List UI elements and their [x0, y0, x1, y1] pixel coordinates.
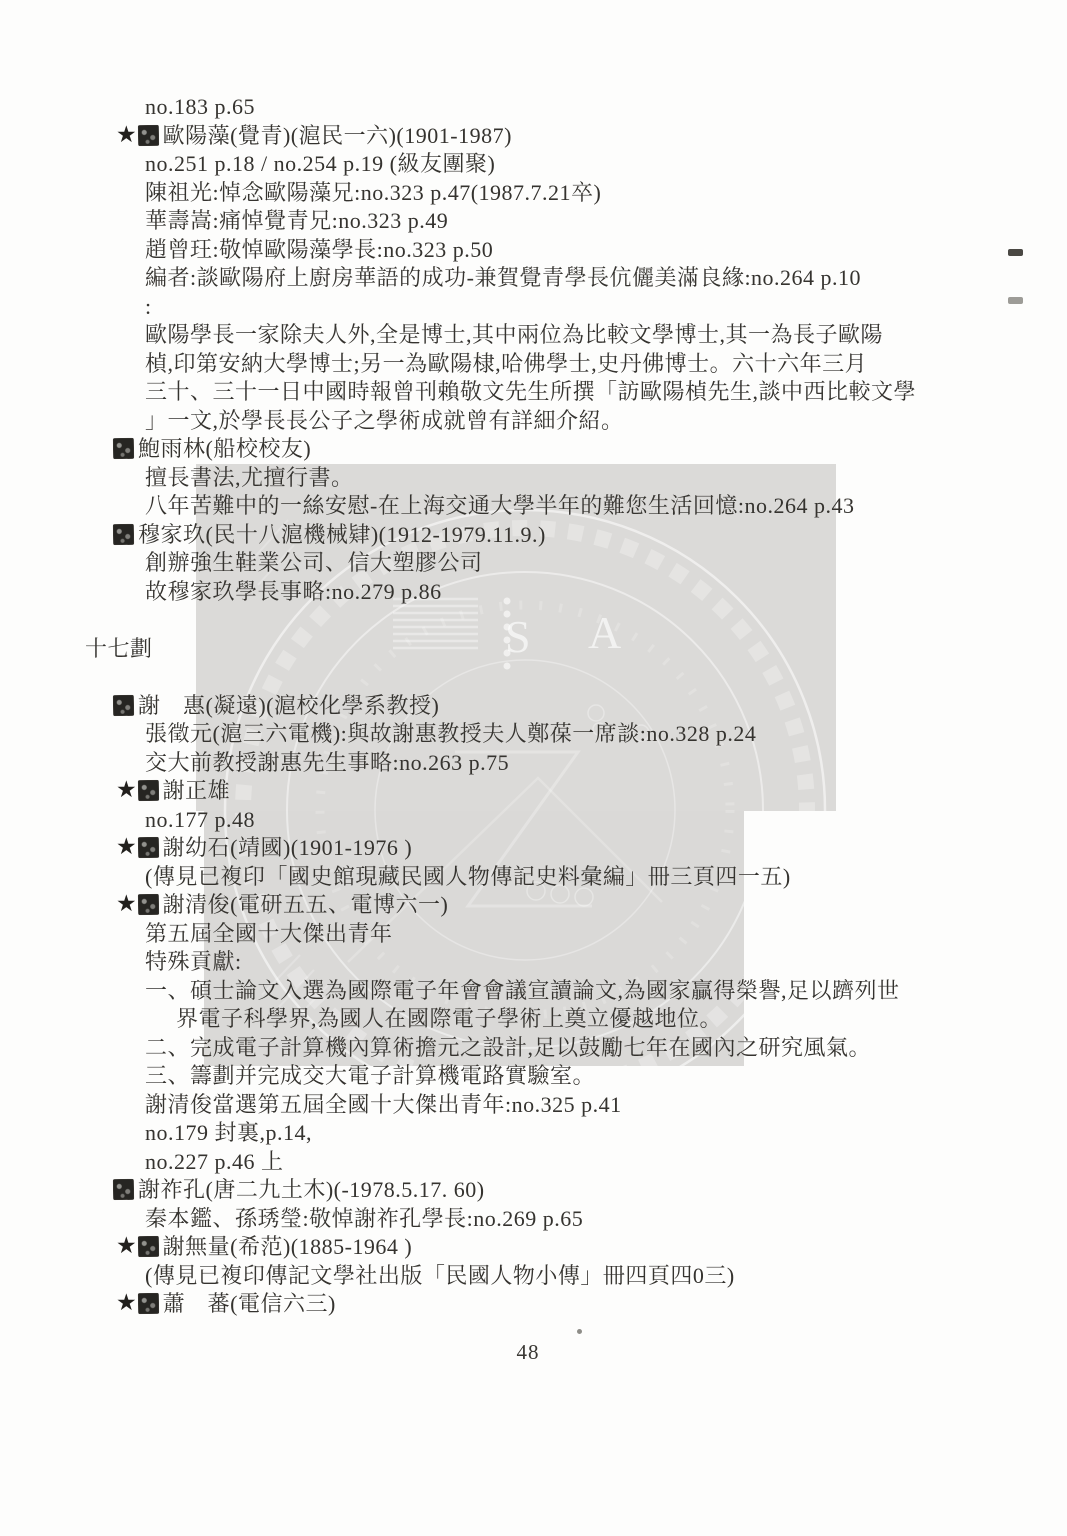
text-line: 界電子科學界,為國人在國際電子學術上奠立優越地位。	[0, 1005, 1067, 1034]
entry-text: 謝正雄	[163, 778, 231, 803]
text-column: no.183 p.65★歐陽藻(覺青)(滬民一六)(1901-1987)no.2…	[0, 93, 1067, 1319]
text-line: 三、籌劃并完成交大電子計算機電路實驗室。	[0, 1062, 1067, 1091]
text-line: 八年苦難中的一絲安慰-在上海交通大學半年的難您生活回憶:no.264 p.43	[0, 492, 1067, 521]
line-text: 八年苦難中的一絲安慰-在上海交通大學半年的難您生活回憶:no.264 p.43	[145, 493, 854, 518]
stamp-icon	[113, 523, 134, 544]
text-line: (傳見已複印傳記文學社出版「民國人物小傳」冊四頁四0三)	[0, 1262, 1067, 1291]
line-text: no.179 封裏,p.14,	[145, 1120, 312, 1145]
line-text: 界電子科學界,為國人在國際電子學術上奠立優越地位。	[176, 1006, 722, 1031]
text-line: 交大前教授謝惠先生事略:no.263 p.75	[0, 749, 1067, 778]
text-line: 張徵元(滬三六電機):與故謝惠教授夫人鄭葆一席談:no.328 p.24	[0, 720, 1067, 749]
stamp-icon	[137, 124, 158, 145]
section-heading-line: 十七劃	[0, 635, 1067, 664]
entry-text: 穆家玖(民十八滬機械肄)(1912-1979.11.9.)	[138, 522, 546, 547]
line-text: 故穆家玖學長事略:no.279 p.86	[145, 579, 442, 604]
line-text: 歐陽學長一家除夫人外,全是博士,其中兩位為比較文學博士,其一為長子歐陽	[145, 322, 883, 347]
text-line: 趙曾玨:敬悼歐陽藻學長:no.323 p.50	[0, 236, 1067, 265]
line-text: 趙曾玨:敬悼歐陽藻學長:no.323 p.50	[145, 237, 493, 262]
text-line: no.227 p.46 上	[0, 1148, 1067, 1177]
blank-line	[0, 606, 1067, 635]
line-text: 謝清俊當選第五屆全國十大傑出青年:no.325 p.41	[145, 1092, 622, 1117]
text-line: 」一文,於學長長公子之學術成就曾有詳細介紹。	[0, 407, 1067, 436]
stamp-icon	[113, 1179, 134, 1200]
text-line: 楨,印第安納大學博士;另一為歐陽棣,哈佛學士,史丹佛博士。六十六年三月	[0, 350, 1067, 379]
line-text: (傳見已複印「國史館現藏民國人物傳記史料彙編」冊三頁四一五)	[145, 864, 791, 889]
text-line: 華壽嵩:痛悼覺青兄:no.323 p.49	[0, 207, 1067, 236]
star-icon: ★	[116, 833, 137, 862]
scan-artifact	[577, 1329, 582, 1334]
stamp-icon	[137, 894, 158, 915]
text-line: 編者:談歐陽府上廚房華語的成功-兼賀覺青學長伉儷美滿良緣:no.264 p.10	[0, 264, 1067, 293]
text-line: 歐陽學長一家除夫人外,全是博士,其中兩位為比較文學博士,其一為長子歐陽	[0, 321, 1067, 350]
entry-line: ★謝清俊(電研五五、電博六一)	[0, 891, 1067, 920]
stamp-icon	[137, 1236, 158, 1257]
entry-line: ★歐陽藻(覺青)(滬民一六)(1901-1987)	[0, 122, 1067, 151]
section-heading: 十七劃	[85, 636, 153, 661]
line-text: 三十、三十一日中國時報曾刊賴敬文先生所撰「訪歐陽楨先生,談中西比較文學	[145, 379, 916, 404]
text-line: no.183 p.65	[0, 93, 1067, 122]
text-line: 故穆家玖學長事略:no.279 p.86	[0, 578, 1067, 607]
line-text: no.227 p.46 上	[145, 1149, 284, 1174]
text-line: 秦本鑑、孫琇瑩:敬悼謝祚孔學長:no.269 p.65	[0, 1205, 1067, 1234]
entry-text: 蕭 蕃(電信六三)	[163, 1291, 336, 1316]
entry-text: 謝清俊(電研五五、電博六一)	[163, 892, 449, 917]
line-text: 陳祖光:悼念歐陽藻兄:no.323 p.47(1987.7.21卒)	[145, 180, 601, 205]
star-icon: ★	[116, 1232, 137, 1261]
line-text: 編者:談歐陽府上廚房華語的成功-兼賀覺青學長伉儷美滿良緣:no.264 p.10	[145, 265, 861, 290]
stamp-icon	[137, 780, 158, 801]
line-text: 三、籌劃并完成交大電子計算機電路實驗室。	[145, 1063, 595, 1088]
text-line: no.177 p.48	[0, 806, 1067, 835]
text-line: 二、完成電子計算機內算術擔元之設計,足以鼓勵七年在國內之研究風氣。	[0, 1034, 1067, 1063]
line-text: 秦本鑑、孫琇瑩:敬悼謝祚孔學長:no.269 p.65	[145, 1206, 583, 1231]
line-text: no.177 p.48	[145, 807, 255, 832]
line-text: 擅長書法,尤擅行書。	[145, 465, 354, 490]
star-icon: ★	[116, 890, 137, 919]
entry-line: 謝祚孔(唐二九土木)(-1978.5.17. 60)	[0, 1176, 1067, 1205]
scan-artifact	[1008, 249, 1023, 256]
line-text: 二、完成電子計算機內算術擔元之設計,足以鼓勵七年在國內之研究風氣。	[145, 1035, 871, 1060]
stamp-icon	[137, 1293, 158, 1314]
entry-line: ★謝無量(希范)(1885-1964 )	[0, 1233, 1067, 1262]
line-text: :	[145, 294, 152, 319]
scan-artifact	[1008, 297, 1023, 304]
stamp-icon	[113, 438, 134, 459]
line-text: 一、碩士論文入選為國際電子年會會議宣讀論文,為國家贏得榮譽,足以躋列世	[145, 978, 900, 1003]
line-text: 張徵元(滬三六電機):與故謝惠教授夫人鄭葆一席談:no.328 p.24	[145, 721, 756, 746]
stamp-icon	[137, 837, 158, 858]
text-line: no.179 封裏,p.14,	[0, 1119, 1067, 1148]
line-text: no.251 p.18 / no.254 p.19 (級友團聚)	[145, 151, 495, 176]
entry-line: ★謝正雄	[0, 777, 1067, 806]
line-text: 楨,印第安納大學博士;另一為歐陽棣,哈佛學士,史丹佛博士。六十六年三月	[145, 351, 867, 376]
page-number: 48	[0, 1340, 1056, 1365]
text-line: 擅長書法,尤擅行書。	[0, 464, 1067, 493]
entry-line: 謝 惠(凝遠)(滬校化學系教授)	[0, 692, 1067, 721]
entry-text: 鮑雨林(船校校友)	[138, 436, 311, 461]
entry-text: 謝祚孔(唐二九土木)(-1978.5.17. 60)	[138, 1177, 485, 1202]
line-text: 創辦強生鞋業公司、信大塑膠公司	[145, 550, 483, 575]
line-text: 」一文,於學長長公子之學術成就曾有詳細介紹。	[145, 408, 624, 433]
entry-line: ★謝幼石(靖國)(1901-1976 )	[0, 834, 1067, 863]
line-text: 交大前教授謝惠先生事略:no.263 p.75	[145, 750, 509, 775]
star-icon: ★	[116, 121, 137, 150]
text-line: 一、碩士論文入選為國際電子年會會議宣讀論文,為國家贏得榮譽,足以躋列世	[0, 977, 1067, 1006]
line-text: 第五屆全國十大傑出青年	[145, 921, 393, 946]
text-line: :	[0, 293, 1067, 322]
scanned-page: S A no.183 p.65★歐陽藻(覺青)(滬民一六)(1901-1987)…	[0, 0, 1067, 1536]
entry-text: 謝幼石(靖國)(1901-1976 )	[163, 835, 413, 860]
text-line: 特殊貢獻:	[0, 948, 1067, 977]
star-icon: ★	[116, 776, 137, 805]
line-text: 華壽嵩:痛悼覺青兄:no.323 p.49	[145, 208, 448, 233]
text-line: 創辦強生鞋業公司、信大塑膠公司	[0, 549, 1067, 578]
text-line: 三十、三十一日中國時報曾刊賴敬文先生所撰「訪歐陽楨先生,談中西比較文學	[0, 378, 1067, 407]
entry-line: ★蕭 蕃(電信六三)	[0, 1290, 1067, 1319]
text-line: 陳祖光:悼念歐陽藻兄:no.323 p.47(1987.7.21卒)	[0, 179, 1067, 208]
entry-line: 鮑雨林(船校校友)	[0, 435, 1067, 464]
line-text: 特殊貢獻:	[145, 949, 242, 974]
line-text: no.183 p.65	[145, 94, 255, 119]
star-icon: ★	[116, 1289, 137, 1318]
text-line: (傳見已複印「國史館現藏民國人物傳記史料彙編」冊三頁四一五)	[0, 863, 1067, 892]
line-text: (傳見已複印傳記文學社出版「民國人物小傳」冊四頁四0三)	[145, 1263, 735, 1288]
entry-text: 謝無量(希范)(1885-1964 )	[163, 1234, 413, 1259]
text-line: 謝清俊當選第五屆全國十大傑出青年:no.325 p.41	[0, 1091, 1067, 1120]
blank-line	[0, 663, 1067, 692]
stamp-icon	[113, 694, 134, 715]
text-line: no.251 p.18 / no.254 p.19 (級友團聚)	[0, 150, 1067, 179]
entry-text: 歐陽藻(覺青)(滬民一六)(1901-1987)	[163, 123, 512, 148]
entry-text: 謝 惠(凝遠)(滬校化學系教授)	[138, 693, 439, 718]
entry-line: 穆家玖(民十八滬機械肄)(1912-1979.11.9.)	[0, 521, 1067, 550]
text-line: 第五屆全國十大傑出青年	[0, 920, 1067, 949]
